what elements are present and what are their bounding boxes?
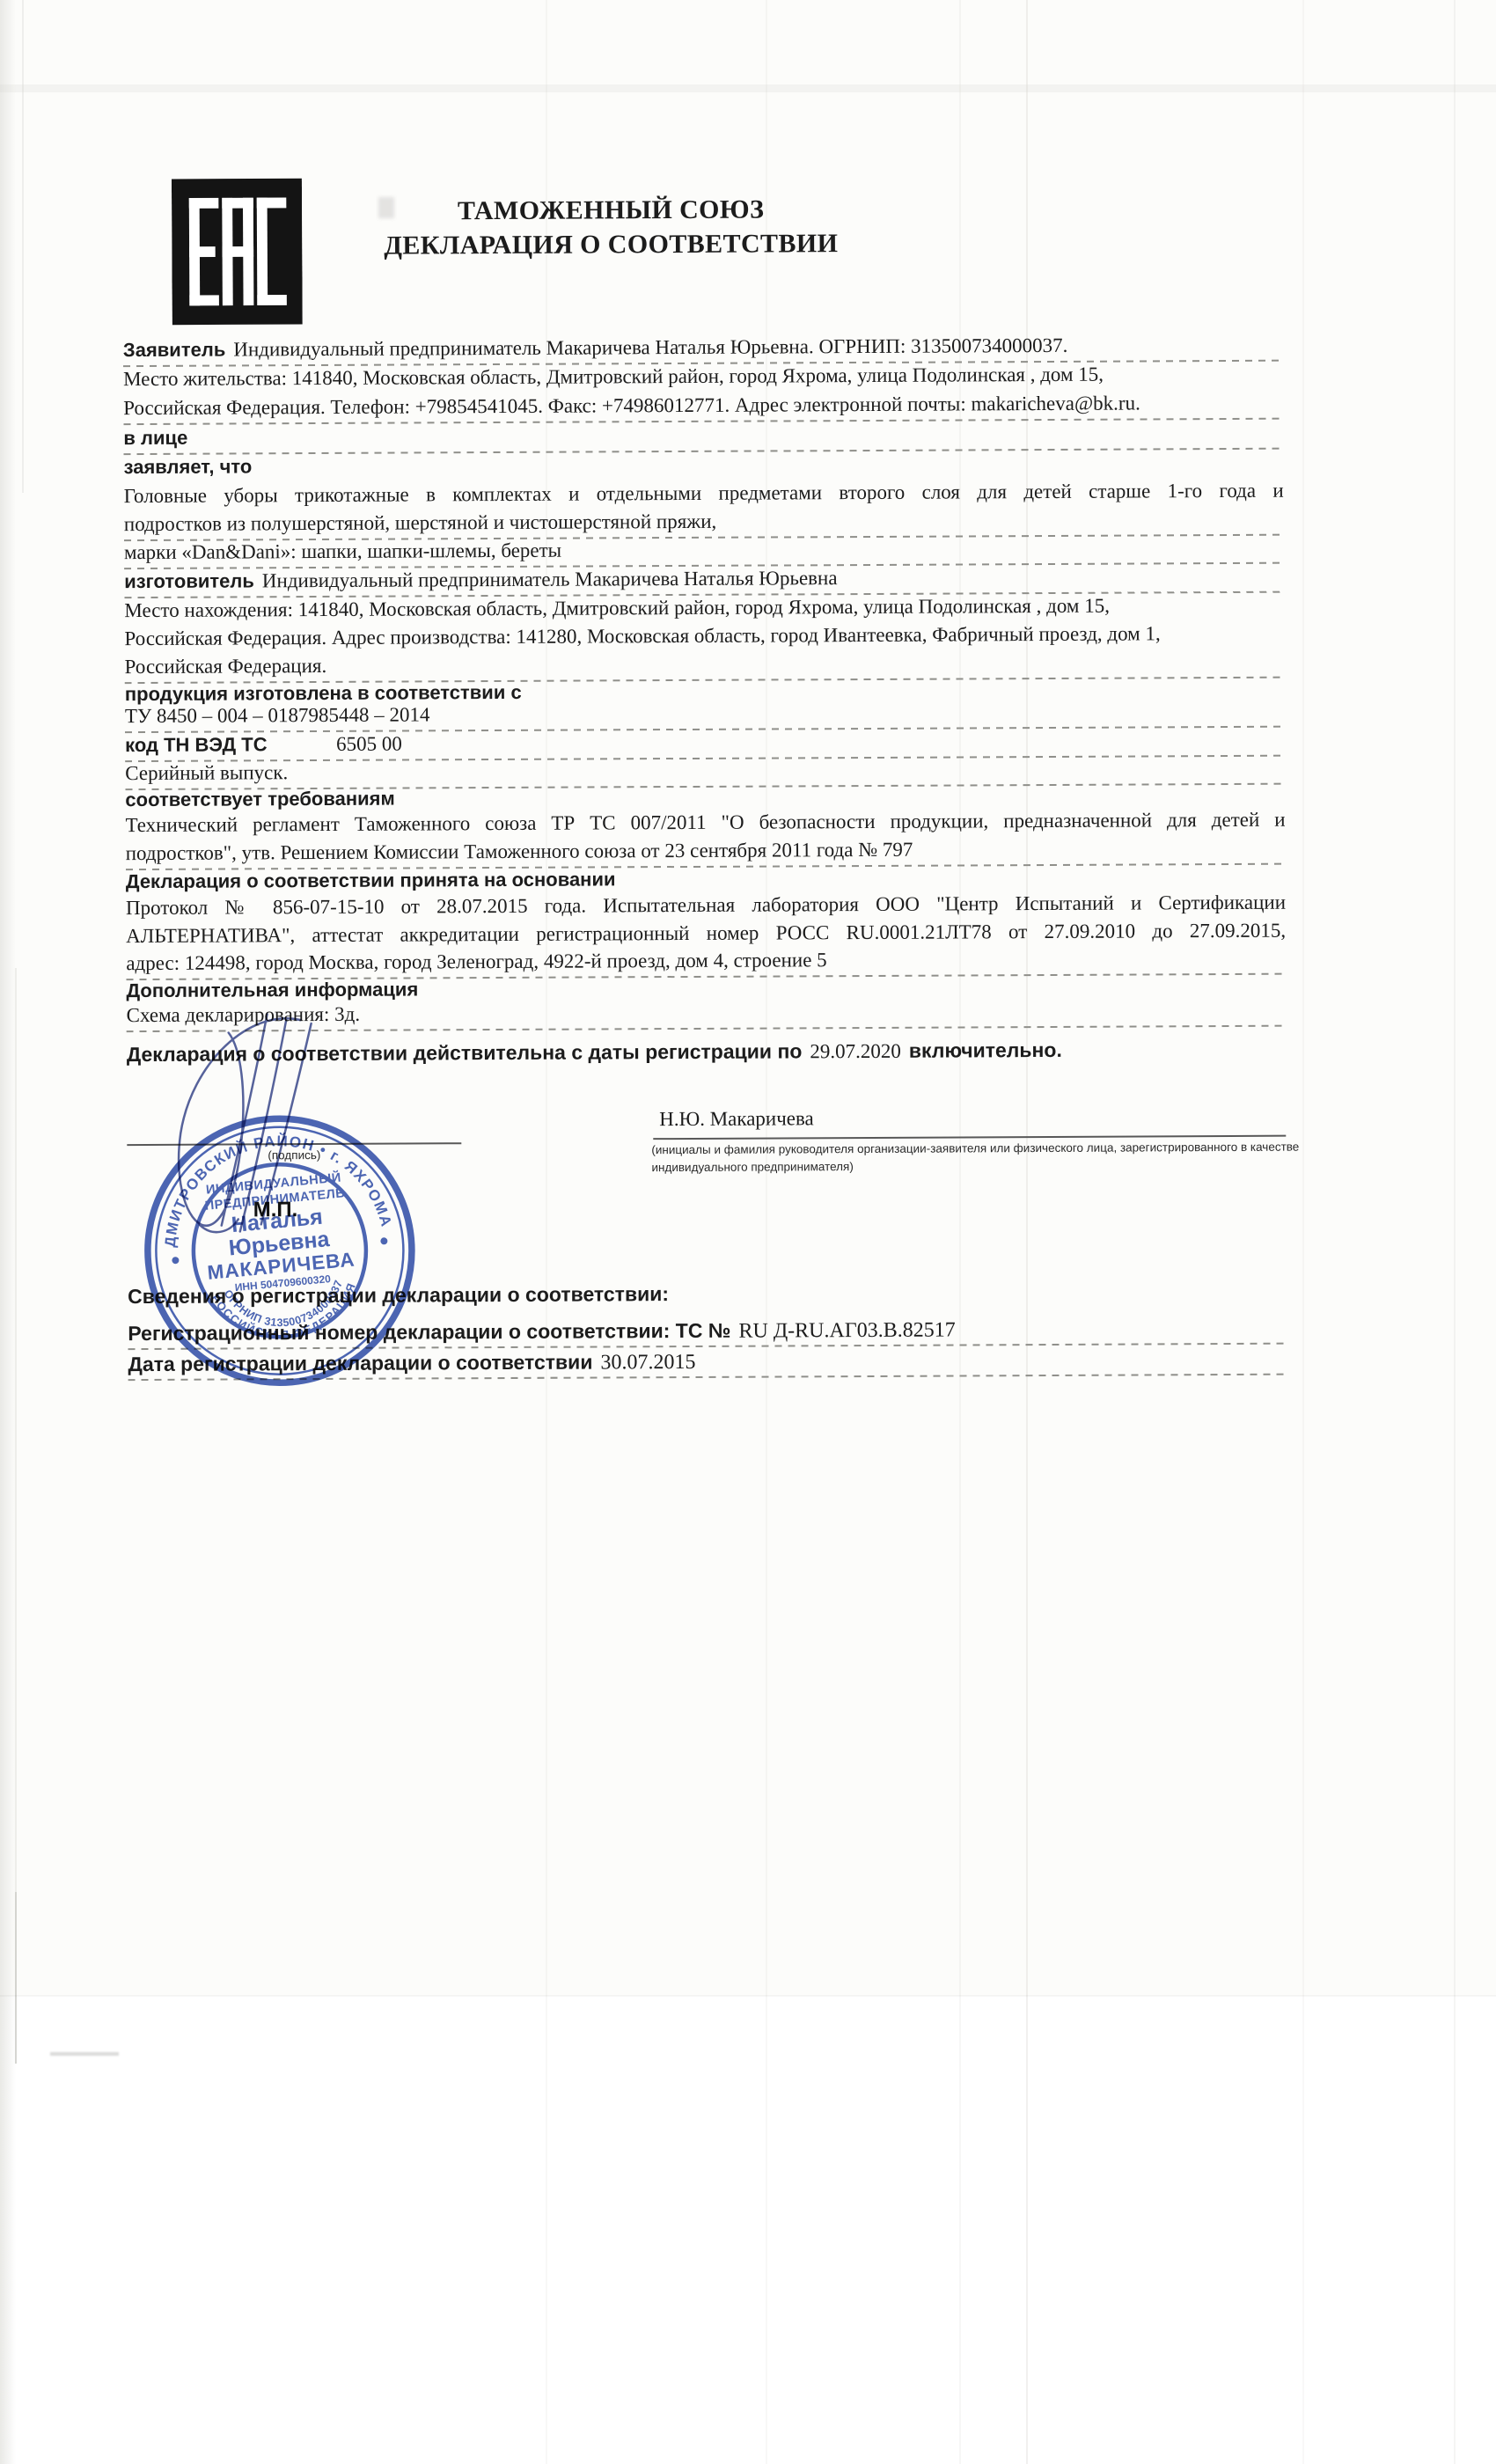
- in-person-label: в лице: [123, 427, 187, 449]
- protocol-text: Протокол № 856-07-15-10 от 28.07.2015 го…: [126, 891, 1286, 919]
- title-line-2: ДЕКЛАРАЦИЯ О СООТВЕТСТВИИ: [259, 225, 963, 263]
- manufacturer-address: Место нахождения: 141840, Московская обл…: [124, 595, 1110, 621]
- tn-ved-label: код ТН ВЭД ТС: [125, 731, 336, 759]
- product-line-3: марки «Dan&Dani»: шапки, шапки-шлемы, бе…: [124, 534, 1284, 568]
- registration-date-value: 30.07.2015: [600, 1351, 695, 1375]
- manufacturer-address: Российская Федерация. Адрес производства…: [124, 622, 1160, 649]
- declares-label: заявляет, что: [123, 455, 252, 478]
- regulation-text: подростков", утв. Решением Комиссии Тамо…: [126, 839, 913, 864]
- name-caption-2: индивидуального предпринимателя): [651, 1160, 853, 1174]
- product-text: Головные уборы трикотажные в комплектах …: [124, 480, 1284, 507]
- tu-number: ТУ 8450 – 004 – 0187985448 – 2014: [125, 703, 430, 727]
- name-caption-1: (инициалы и фамилия руководителя организ…: [651, 1140, 1299, 1157]
- document-title: ТАМОЖЕННЫЙ СОЮЗ ДЕКЛАРАЦИЯ О СООТВЕТСТВИ…: [259, 191, 963, 263]
- applicant-address-line: Место жительства: 141840, Московская обл…: [123, 361, 1283, 394]
- validity-date: 29.07.2020: [810, 1040, 901, 1063]
- applicant-contacts: Российская Федерация. Телефон: +79854541…: [123, 392, 1140, 419]
- manufacturer-value: Индивидуальный предприниматель Макаричев…: [262, 567, 838, 591]
- stamp-dot: [172, 1257, 180, 1265]
- field-declares: заявляет, что: [123, 449, 1283, 482]
- applicant-value: Индивидуальный предприниматель Макаричев…: [233, 334, 1067, 361]
- lab-address: адрес: 124498, город Москва, город Зелен…: [126, 949, 826, 974]
- applicant-contacts-line: Российская Федерация. Телефон: +79854541…: [123, 390, 1283, 423]
- title-line-1: ТАМОЖЕННЫЙ СОЮЗ: [259, 191, 963, 229]
- manufacturer-label: изготовитель: [124, 569, 254, 592]
- validity-suffix: включительно.: [909, 1038, 1062, 1062]
- field-applicant: ЗаявительИндивидуальный предприниматель …: [123, 332, 1283, 365]
- registration-number-value: RU Д-RU.АГ03.В.82517: [738, 1318, 955, 1342]
- field-in-person: в лице: [123, 420, 1283, 453]
- product-text: подростков из полушерстяной, шерстяной и…: [124, 510, 716, 535]
- signer-name: Н.Ю. Макаричева: [659, 1107, 814, 1131]
- requirements-label: соответствует требованиям: [125, 788, 394, 810]
- manufacturer-address: Российская Федерация.: [125, 655, 327, 678]
- product-brand: марки «Dan&Dani»: шапки, шапки-шлемы, бе…: [124, 539, 561, 563]
- tn-ved-code: 6505 00: [336, 733, 402, 755]
- scanned-declaration-page: ТАМОЖЕННЫЙ СОЮЗ ДЕКЛАРАЦИЯ О СООТВЕТСТВИ…: [0, 0, 1496, 2464]
- name-line: [653, 1135, 1286, 1140]
- accordance-value-line: ТУ 8450 – 004 – 0187985448 – 2014: [125, 698, 1285, 731]
- field-manufacturer: изготовительИндивидуальный предпринимате…: [124, 563, 1284, 597]
- applicant-label: Заявитель: [123, 339, 226, 362]
- declaration-document: ТАМОЖЕННЫЙ СОЮЗ ДЕКЛАРАЦИЯ О СООТВЕТСТВИ…: [0, 0, 1496, 2464]
- basis-label: Декларация о соответствии принята на осн…: [126, 868, 616, 892]
- regulation-text: Технический регламент Таможенного союза …: [125, 809, 1285, 836]
- protocol-text: АЛЬТЕРНАТИВА", аттестат аккредитации рег…: [126, 920, 1286, 947]
- applicant-address: Место жительства: 141840, Московская обл…: [123, 363, 1104, 390]
- stamp-dot: [380, 1237, 388, 1245]
- handwritten-signature: [135, 985, 373, 1250]
- serial-issue: Серийный выпуск.: [125, 761, 288, 784]
